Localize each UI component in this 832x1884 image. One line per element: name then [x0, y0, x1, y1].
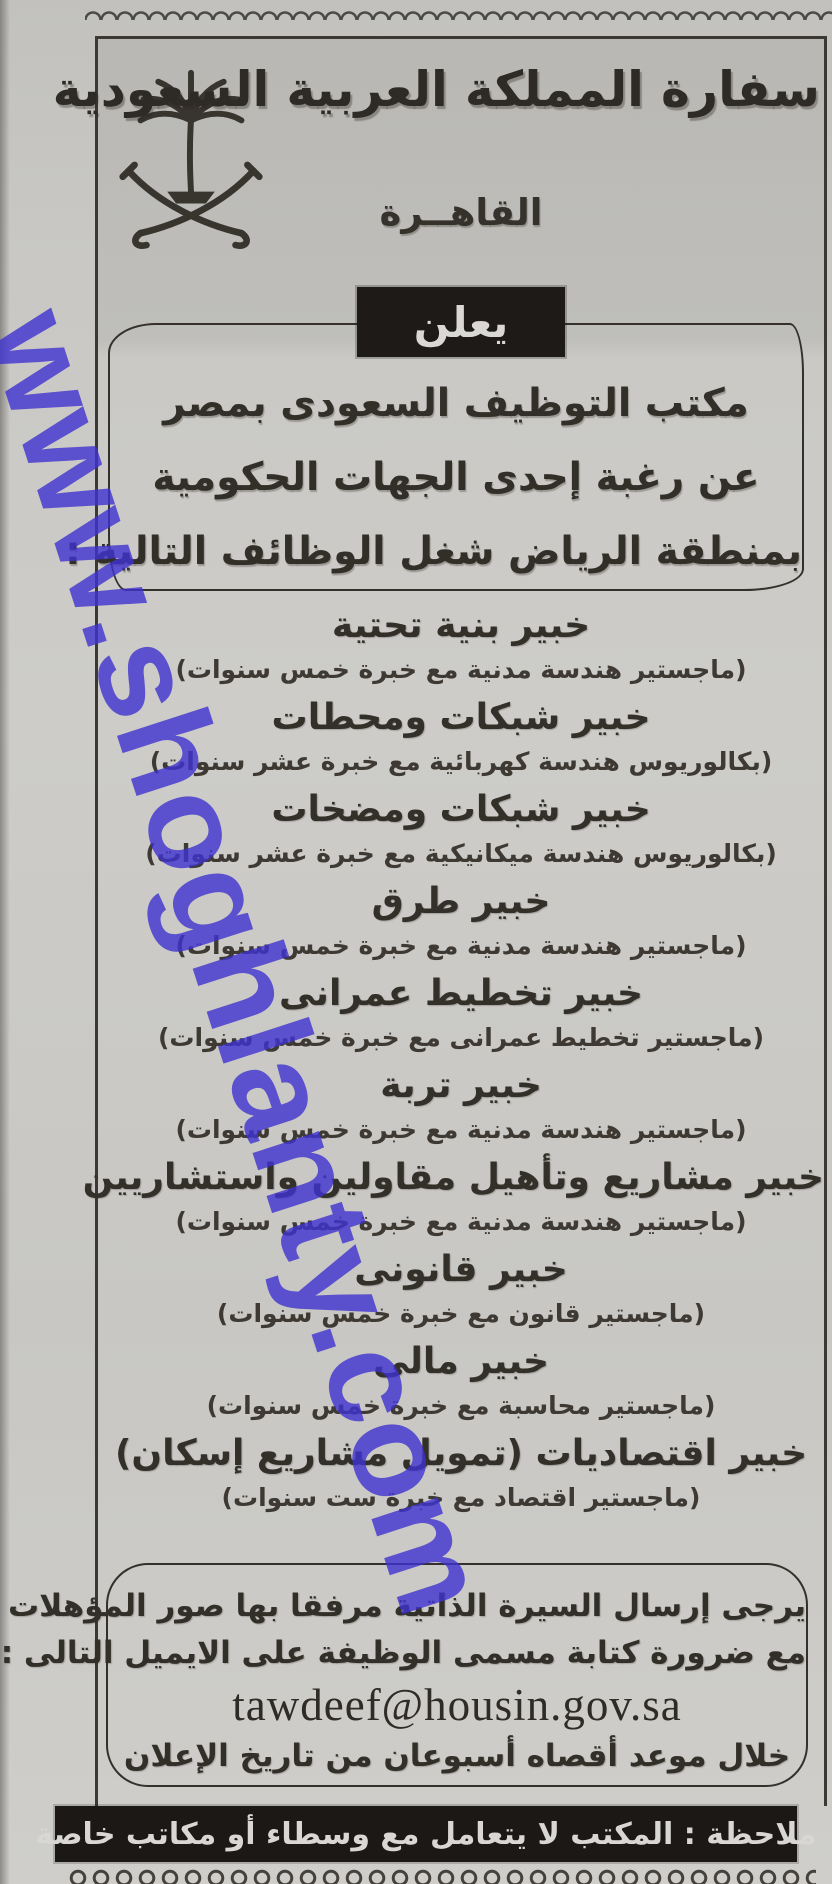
dotted-bottom-border: [68, 1868, 816, 1884]
job-title: خبير مشاريع وتأهيل مقاولين واستشاريين: [98, 1157, 824, 1199]
note-bar: ملاحظة : المكتب لا يتعامل مع وسطاء أو مك…: [55, 1806, 797, 1862]
job-qualification: (ماجستير هندسة مدنية مع خبرة خمس سنوات): [98, 1116, 824, 1144]
wavy-top-separator: [85, 8, 832, 20]
job-qualification: (ماجستير هندسة مدنية مع خبرة خمس سنوات): [98, 1208, 824, 1236]
announcement-line: بمنطقة الرياض شغل الوظائف التالية :: [110, 515, 802, 589]
job-title: خبير مالى: [98, 1341, 824, 1383]
job-qualification: (ماجستير قانون مع خبرة خمس سنوات): [98, 1300, 824, 1328]
embassy-title: سفارة المملكة العربية السعودية: [258, 61, 820, 118]
announces-banner: يعلن: [357, 287, 565, 357]
job-title: خبير قانونى: [98, 1249, 824, 1291]
instruction-line: مع ضرورة كتابة مسمى الوظيفة على الايميل …: [108, 1630, 806, 1677]
application-email: tawdeef@housin.gov.sa: [108, 1677, 806, 1733]
newspaper-ad-scan: سفارة المملكة العربية السعودية القاهــرة…: [0, 0, 832, 1884]
city-label: القاهــرة: [98, 191, 824, 234]
announcement-line: عن رغبة إحدى الجهات الحكومية: [110, 441, 802, 515]
announcement-box: مكتب التوظيف السعودى بمصر عن رغبة إحدى ا…: [108, 323, 804, 591]
job-listing-item: خبير قانونى (ماجستير قانون مع خبرة خمس س…: [98, 1249, 824, 1328]
job-listing-item: خبير مشاريع وتأهيل مقاولين واستشاريين (م…: [98, 1157, 824, 1236]
deadline-line: خلال موعد أقصاه أسبوعان من تاريخ الإعلان: [108, 1733, 806, 1780]
announcement-line: مكتب التوظيف السعودى بمصر: [110, 367, 802, 441]
